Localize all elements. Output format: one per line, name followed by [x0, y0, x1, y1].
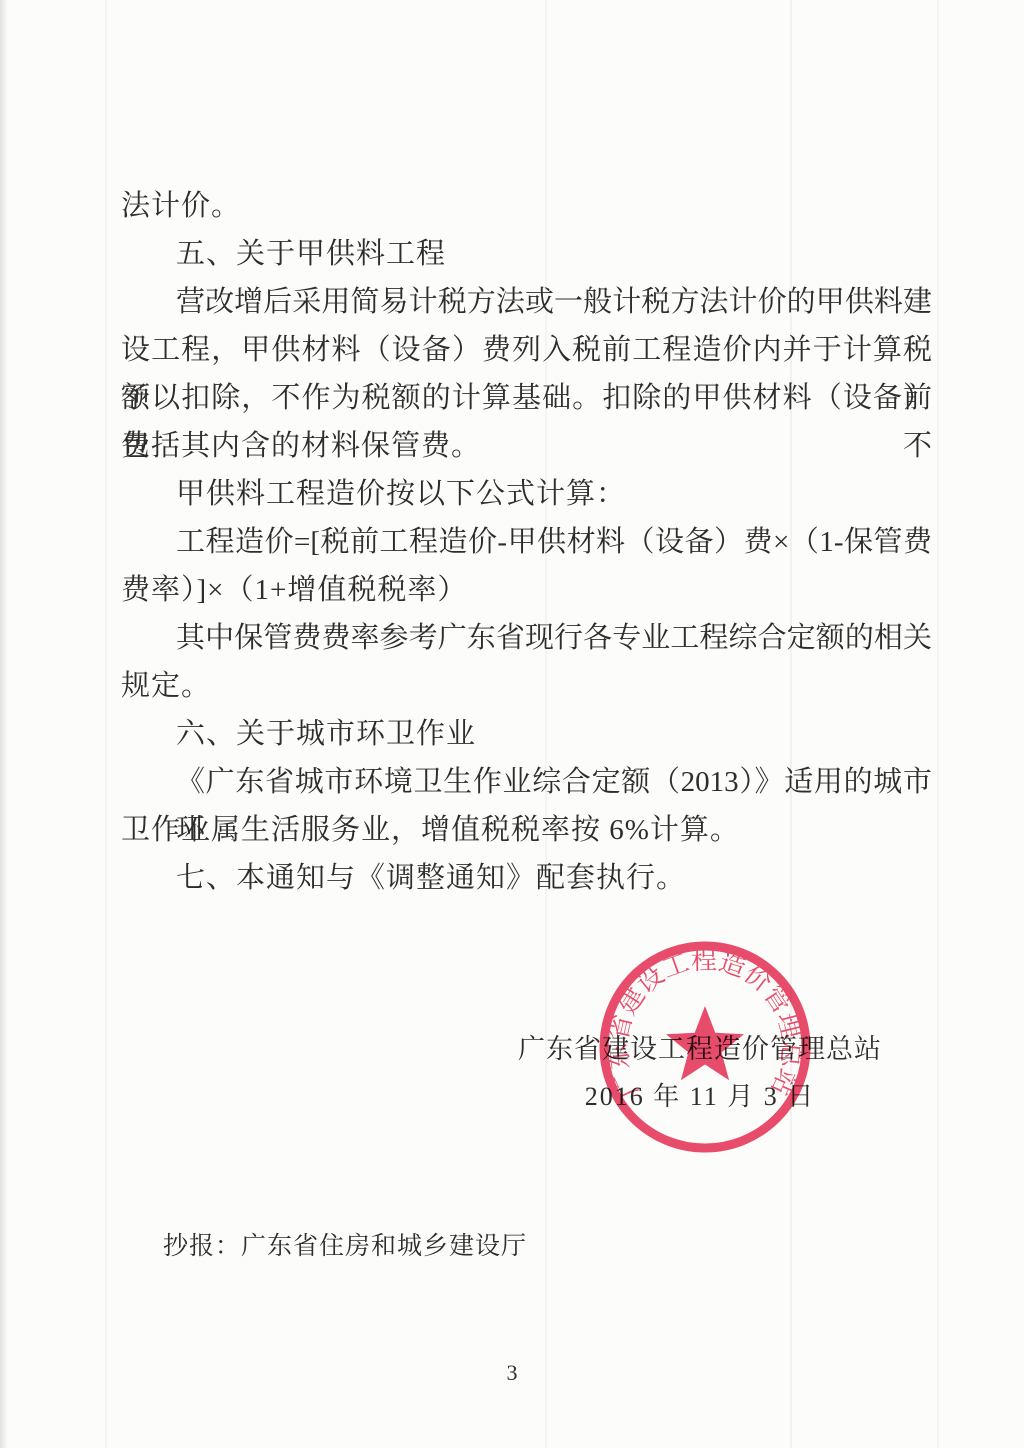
body-line: 卫作业属生活服务业，增值税税率按 6%计算。	[121, 806, 932, 854]
section-heading: 七、本通知与《调整通知》配套执行。	[121, 854, 932, 902]
formula-line: 工程造价=[税前工程造价-甲供材料（设备）费×（1-保管费	[121, 518, 932, 566]
signature-date: 2016 年 11 月 3 日	[380, 1073, 1020, 1121]
page-number: 3	[0, 1360, 1024, 1386]
section-heading: 五、关于甲供料工程	[121, 230, 932, 278]
signature-block: 广东省建设工程造价管理总站 2016 年 11 月 3 日	[380, 1025, 1020, 1121]
scan-edge-shadow	[0, 0, 8, 1448]
signature-organization: 广东省建设工程造价管理总站	[380, 1025, 1020, 1073]
body-line: 规定。	[121, 662, 932, 710]
section-heading: 六、关于城市环卫作业	[121, 710, 932, 758]
body-line: 其中保管费费率参考广东省现行各专业工程综合定额的相关	[121, 614, 932, 662]
body-line: 法计价。	[121, 182, 932, 230]
cc-line: 抄报：广东省住房和城乡建设厅	[163, 1223, 527, 1271]
body-line: 设工程，甲供材料（设备）费列入税前工程造价内并于计算税额前	[121, 326, 932, 374]
body-line: 予以扣除，不作为税额的计算基础。扣除的甲供材料（设备）费不	[121, 374, 932, 422]
body-line: 《广东省城市环境卫生作业综合定额（2013）》适用的城市环	[121, 758, 932, 806]
document-page: 法计价。 五、关于甲供料工程 营改增后采用简易计税方法或一般计税方法计价的甲供料…	[0, 0, 1024, 1448]
scan-artifact-line	[937, 0, 939, 1448]
scan-artifact-line	[105, 0, 107, 1448]
body-line: 甲供料工程造价按以下公式计算：	[121, 470, 932, 518]
body-line: 营改增后采用简易计税方法或一般计税方法计价的甲供料建	[121, 278, 932, 326]
body-text-block: 法计价。 五、关于甲供料工程 营改增后采用简易计税方法或一般计税方法计价的甲供料…	[121, 182, 932, 902]
formula-line: 费率）]×（1+增值税税率）	[121, 566, 932, 614]
